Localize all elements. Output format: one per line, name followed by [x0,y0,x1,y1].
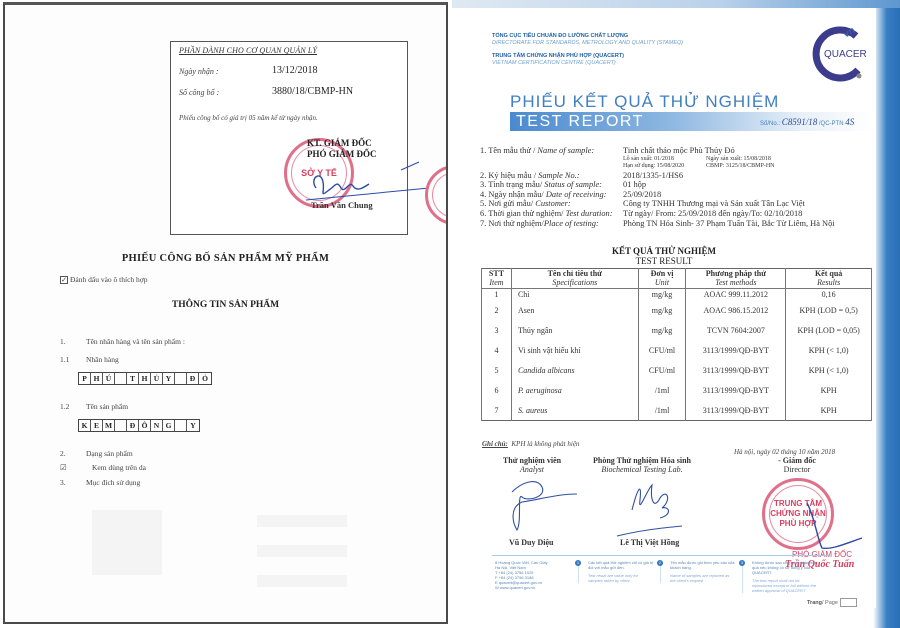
product-letter-box: E [91,420,103,431]
report-number: Số/No.: C8591/18 /QC-PTN 4S [760,117,854,127]
result-title-en: TEST RESULT [452,256,876,266]
cell-result: KPH [786,401,872,421]
cell-result: KPH (< 1,0) [786,361,872,381]
table-row: 5Candida albicansCFU/ml3113/1999/QĐ-BYTK… [482,361,872,381]
cell-method: 3113/1999/QĐ-BYT [686,361,786,381]
number-badge-icon: 3 [739,560,745,566]
lab-head-name: Lê Thị Việt Hồng [620,538,679,547]
cell-unit: /1ml [638,381,686,401]
item-1-1: 1.1Nhãn hàng [60,355,119,364]
footer-note-3: 3Không được sao chép một phần kết quả nế… [742,560,818,593]
brand-letter-box: Y [163,373,175,384]
authority-section: PHẦN DÀNH CHO CƠ QUAN QUẢN LÝ Ngày nhận … [170,41,408,235]
announcement-no-row: Số công bố : 3880/18/CBMP-HN [179,88,219,97]
cell-result: KPH (< 1,0) [786,341,872,361]
brand-letter-box: H [91,373,103,384]
sample-detail-row: Hạn sử dụng: 15/08/2020CBMP: 3125/18/CBM… [480,163,870,171]
sample-info: 1. Tên mẫu thử / Name of sample:Tinh chấ… [480,146,870,228]
section-title: THÔNG TIN SẢN PHẨM [5,300,446,310]
cell-spec: Asen [511,301,638,321]
number-badge-icon: 2 [657,560,663,566]
column-header: STTItem [482,269,512,289]
cell-item: 3 [482,321,512,341]
product-letter-box: Ô [139,420,151,431]
table-row: 2Asenmg/kgAOAC 986.15.2012KPH (LOD = 0,5… [482,301,872,321]
product-letter-box [175,420,187,431]
svg-text:QUACERT: QUACERT [824,49,866,60]
report-sheet: TỔNG CỤC TIÊU CHUẨN ĐO LƯỜNG CHẤT LƯỢNG … [452,8,876,608]
cell-unit: mg/kg [638,301,686,321]
analyst-signature-icon [502,472,582,532]
table-row: 7S. aureus/1ml3113/1999/QĐ-BYTKPH [482,401,872,421]
received-date-label: Ngày nhận : [179,67,219,76]
table-row: 1Chìmg/kgAOAC 999.11.20120,16 [482,289,872,301]
cell-spec: S. aureus [511,401,638,421]
column-header: Tên chỉ tiêu thửSpecifications [511,269,638,289]
signatory-title-1: KT. GIÁM ĐỐC [307,138,372,148]
note: Ghi chú: KPH là không phát hiện [482,440,579,448]
cell-method: 3113/1999/QĐ-BYT [686,401,786,421]
table-row: 4Vi sinh vật hiếu khíCFU/ml3113/1999/QĐ-… [482,341,872,361]
quacert-logo-icon: vn QUACERT [812,22,866,84]
faded-product-images [57,500,437,620]
cell-unit: CFU/ml [638,341,686,361]
product-letter-box: Đ [127,420,139,431]
item-2: 2.Dạng sản phẩm [60,449,133,458]
cell-method: AOAC 986.15.2012 [686,301,786,321]
cell-unit: /1ml [638,401,686,421]
checkbox-icon: ✓ [60,276,68,284]
cell-item: 4 [482,341,512,361]
item-1: 1.Tên nhãn hàng và tên sản phẩm : [60,337,185,346]
report-banner: TEST REPORT Số/No.: C8591/18 /QC-PTN 4S [510,112,874,131]
cell-item: 2 [482,301,512,321]
report-title-vi: PHIẾU KẾT QUẢ THỬ NGHIỆM [510,92,779,112]
place-date: Hà nội, ngày 02 tháng 10 năm 2018 [734,448,835,456]
org-centre-en: VIETNAM CERTIFICATION CENTRE (QUACERT) [492,60,616,66]
brand-letter-box [175,373,187,384]
page-indicator: Trang/ Page [807,598,857,607]
checked-box-icon: ☑ [60,463,86,472]
sample-detail-row: Lô sản xuất: 01/2018Ngày sản xuất: 15/08… [480,156,870,164]
lab-block: Phòng Thử nghiệm Hóa sinh Biochemical Te… [582,456,702,474]
sample-info-row: 1. Tên mẫu thử / Name of sample:Tinh chấ… [480,146,870,156]
cell-result: 0,16 [786,289,872,301]
item-3: 3.Mục đích sử dụng [60,478,140,487]
cell-method: AOAC 999.11.2012 [686,289,786,301]
brand-name-boxes: PHÚTHỦYĐỎ [78,372,212,385]
cell-item: 7 [482,401,512,421]
cell-spec: P. aeruginosa [511,381,638,401]
check-instruction: ✓Đánh dấu vào ô thích hợp [60,275,148,284]
brand-letter-box: H [139,373,151,384]
column-header: Phương pháp thửTest methods [686,269,786,289]
announcement-no-label: Số công bố : [179,88,219,97]
cell-result: KPH (LOD = 0,5) [786,301,872,321]
cell-spec: Vi sinh vật hiếu khí [511,341,638,361]
org-parent-en: DIRECTORATE FOR STANDARDS, METROLOGY AND… [492,40,683,46]
cell-item: 6 [482,381,512,401]
brand-letter-box: Ú [103,373,115,384]
footer-note-1: 1Các kết quả thử nghiệm chỉ có giá trị đ… [578,560,654,583]
product-letter-box: N [151,420,163,431]
authority-heading: PHẦN DÀNH CHO CƠ QUAN QUẢN LÝ [179,46,317,55]
cell-unit: mg/kg [638,289,686,301]
product-form-checked: ☑Kem dùng trên da [60,463,146,472]
product-letter-box: G [163,420,175,431]
result-title-vi: KẾT QUẢ THỬ NGHIỆM [452,246,876,256]
product-name-boxes: KEMĐÔNGY [78,419,200,432]
sample-info-row: 4. Ngày nhận mẫu/ Date of receiving:25/0… [480,190,870,200]
brand-letter-box: P [79,373,91,384]
cell-result: KPH (LOD = 0,05) [786,321,872,341]
product-letter-box: Y [187,420,199,431]
sample-info-row: 2. Ký hiệu mẫu / Sample No.:2018/1335-1/… [480,171,870,181]
brand-letter-box: T [127,373,139,384]
brand-letter-box [115,373,127,384]
product-letter-box: M [103,420,115,431]
form-title: PHIẾU CÔNG BỐ SẢN PHẨM MỸ PHẨM [5,253,446,264]
test-results-table: STTItemTên chỉ tiêu thửSpecificationsĐơn… [481,268,872,421]
cell-unit: mg/kg [638,321,686,341]
column-header: Đơn vịUnit [638,269,686,289]
sample-info-row: 6. Thời gian thử nghiệm/ Test duration:T… [480,209,870,219]
quacert-stamp: TRUNG TÂM CHỨNG NHẬN PHÙ HỢP [762,478,834,550]
column-header: Kết quảResults [786,269,872,289]
signer-name: Trần Văn Chung [311,200,373,210]
cell-method: 3113/1999/QĐ-BYT [686,381,786,401]
footer-divider [492,555,832,556]
sample-info-row: 5. Nơi gửi mẫu/ Customer:Công ty TNHH Th… [480,199,870,209]
analyst-block: Thử nghiệm viên Analyst [492,456,572,474]
director-block: - Giám đốc Director [757,456,837,474]
item-1-2: 1.2Tên sản phẩm [60,402,128,411]
cell-method: 3113/1999/QĐ-BYT [686,341,786,361]
sample-info-row: 7. Nơi thử nghiệm/Place of testing:Phòng… [480,219,870,229]
cell-result: KPH [786,381,872,401]
received-date-row: Ngày nhận : 13/12/2018 [179,67,219,76]
org-centre-vi: TRUNG TÂM CHỨNG NHẬN PHÙ HỢP (QUACERT) [492,53,624,59]
page-number-cell [840,598,857,607]
table-row: 3Thủy ngânmg/kgTCVN 7604:2007KPH (LOD = … [482,321,872,341]
table-row: 6P. aeruginosa/1ml3113/1999/QĐ-BYTKPH [482,381,872,401]
cell-item: 1 [482,289,512,301]
signatory-title-2: PHÓ GIÁM ĐỐC [307,149,377,159]
brand-letter-box: Đ [187,373,199,384]
cell-spec: Thủy ngân [511,321,638,341]
validity-note: Phiếu công bố có giá trị 05 năm kể từ ng… [179,114,318,122]
brand-letter-box: Ủ [151,373,163,384]
sample-info-row: 3. Tình trạng mẫu/ Status of sample:01 h… [480,180,870,190]
announcement-no-value: 3880/18/CBMP-HN [272,86,353,97]
report-title-en: TEST REPORT [516,113,644,131]
test-report: TỔNG CỤC TIÊU CHUẨN ĐO LƯỜNG CHẤT LƯỢNG … [452,0,900,628]
analyst-name: Vũ Duy Diệu [509,538,553,547]
lab-signature-icon [612,470,692,540]
cell-item: 5 [482,361,512,381]
partial-stamp [425,165,448,225]
brand-letter-box: Ỏ [199,373,211,384]
received-date-value: 13/12/2018 [272,65,318,76]
cell-spec: Candida albicans [511,361,638,381]
footer-note-2: 2Tên mẫu được ghi theo yêu cầu của khách… [660,560,736,583]
table-header-row: STTItemTên chỉ tiêu thửSpecificationsĐơn… [482,269,872,289]
org-parent-vi: TỔNG CỤC TIÊU CHUẨN ĐO LƯỜNG CHẤT LƯỢNG [492,33,628,39]
product-letter-box: K [79,420,91,431]
cell-method: TCVN 7604:2007 [686,321,786,341]
stamp-text: SỞ Y TẾ [301,168,337,178]
cosmetic-announcement-form: PHẦN DÀNH CHO CƠ QUAN QUẢN LÝ Ngày nhận … [3,2,448,624]
cell-unit: CFU/ml [638,361,686,381]
number-badge-icon: 1 [575,560,581,566]
cell-spec: Chì [511,289,638,301]
footer-address: 8 Hoàng Quốc Việt, Cầu GiấyHà Nội, Việt … [495,560,548,590]
product-letter-box [115,420,127,431]
